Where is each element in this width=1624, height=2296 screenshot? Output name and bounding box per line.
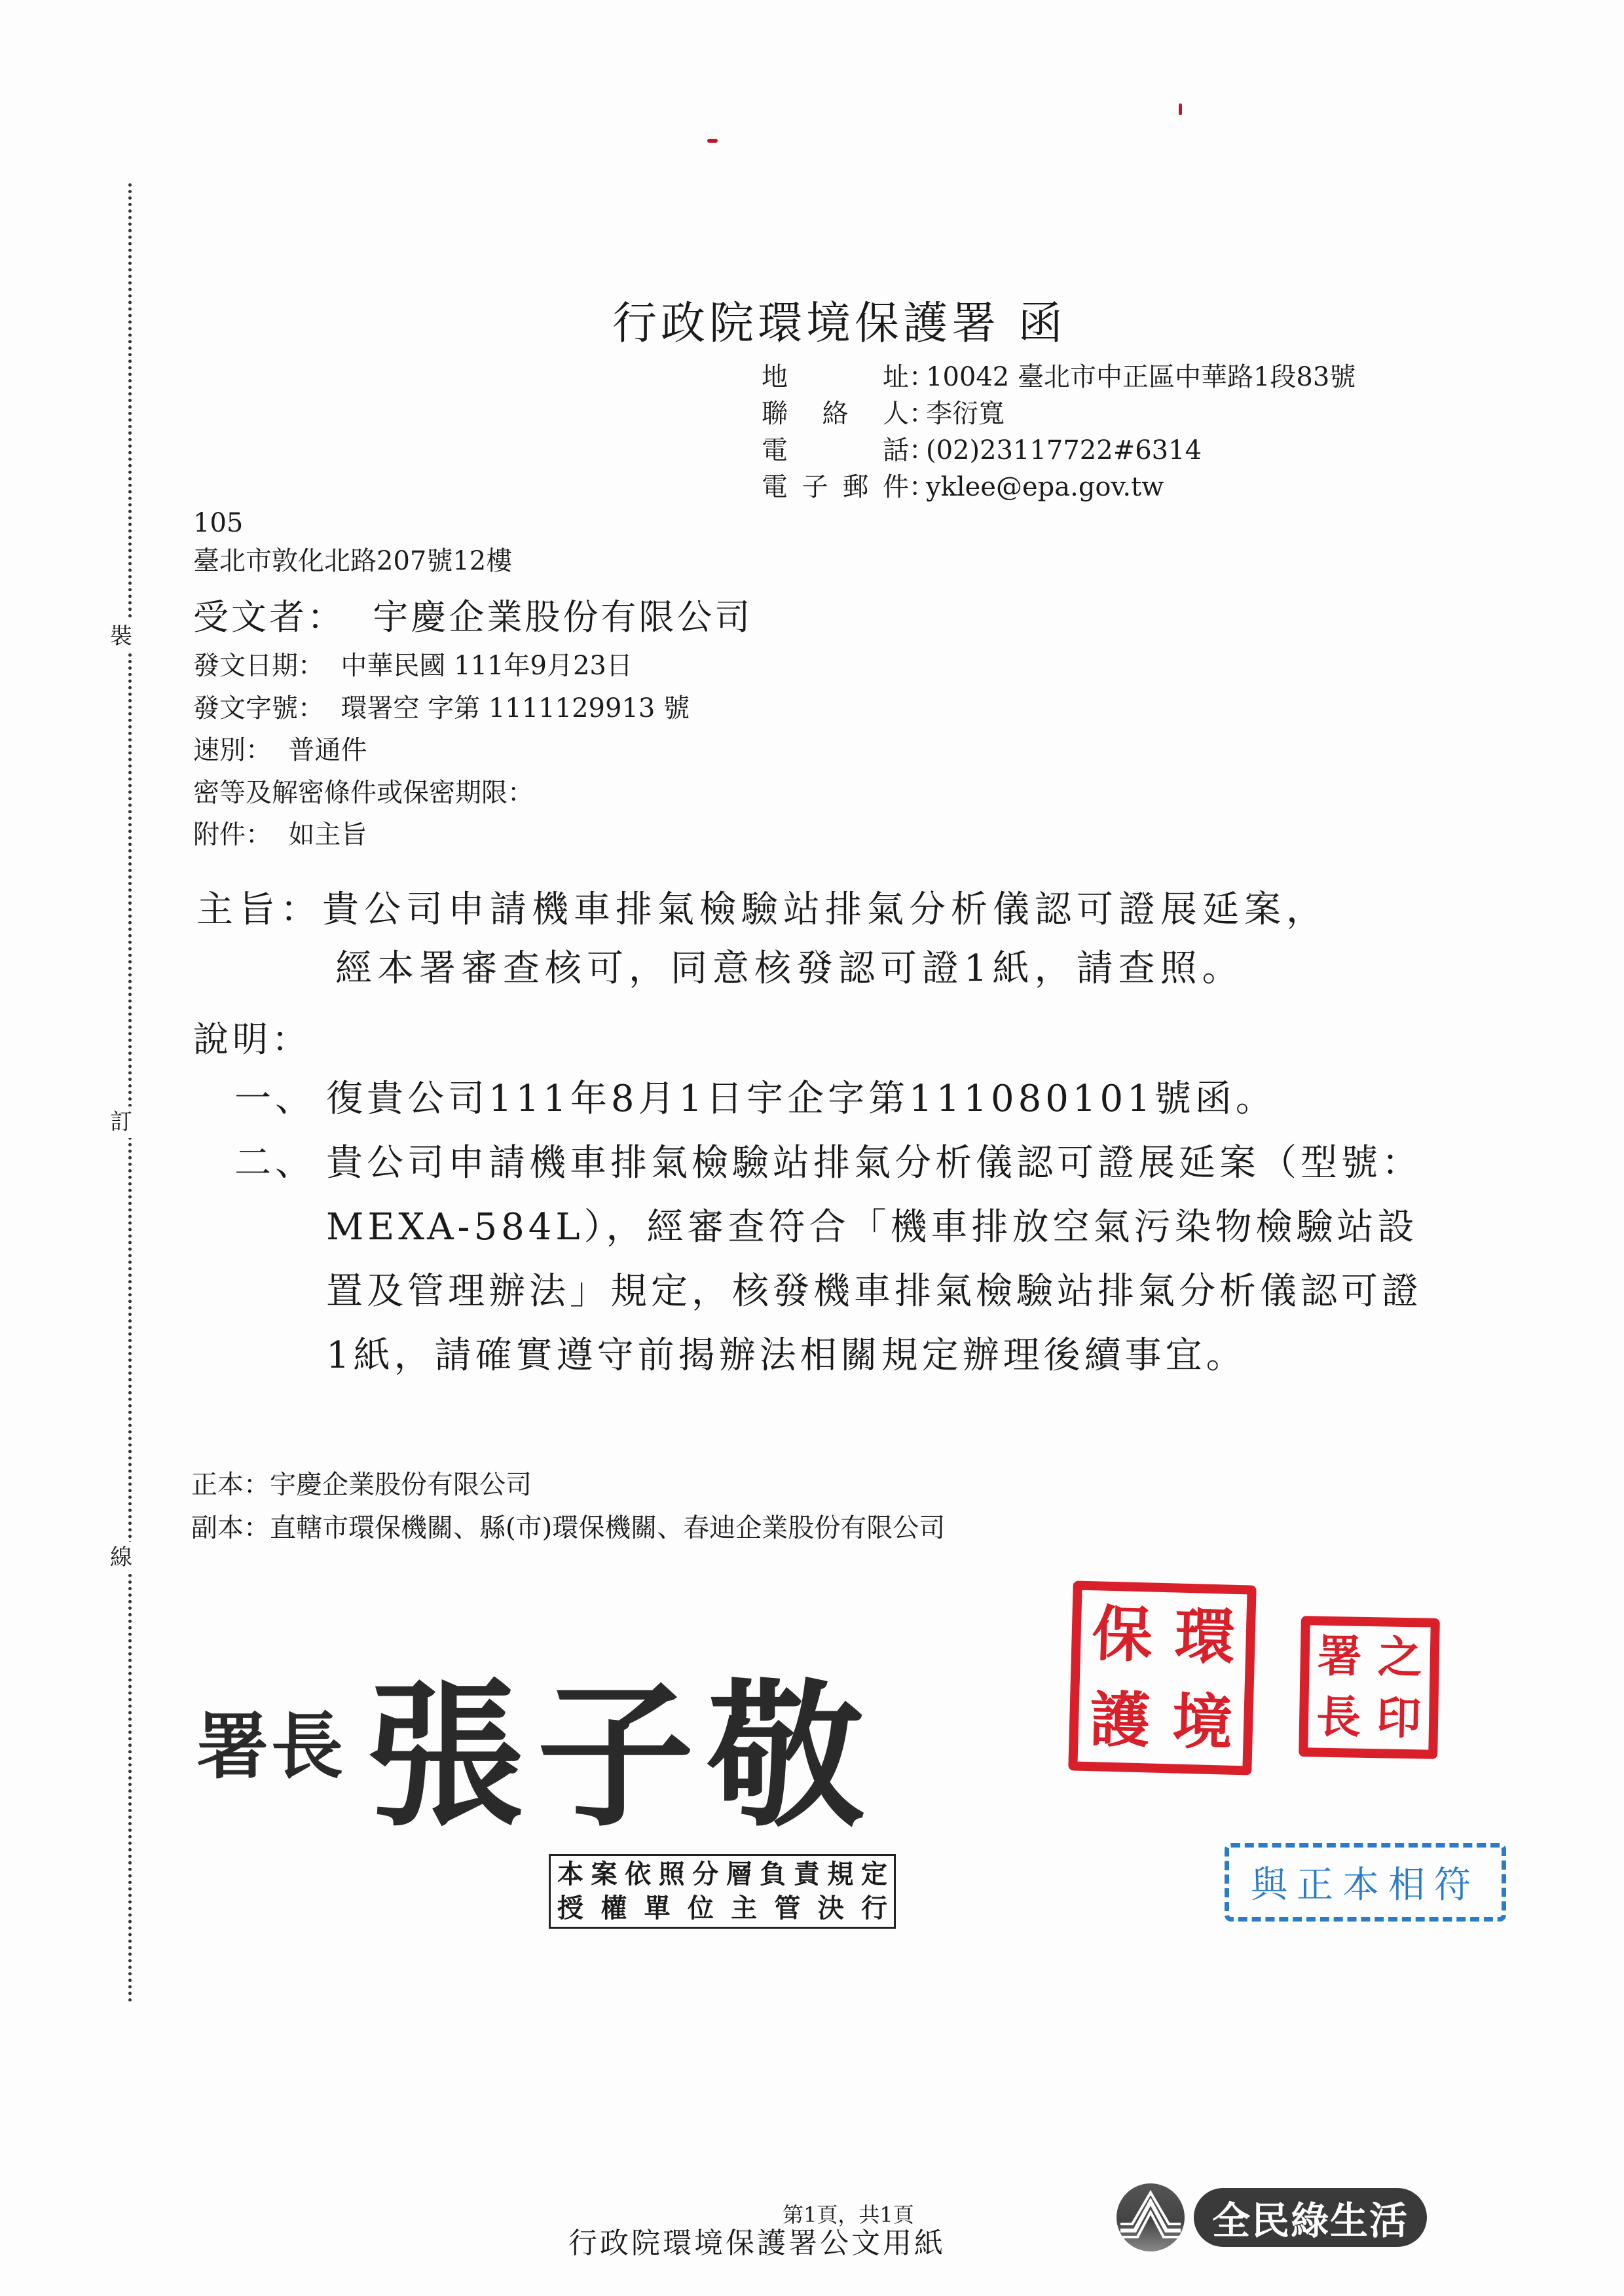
official-paper-label: 行政院環境保護署公文用紙 — [568, 2219, 946, 2261]
char: 單 — [644, 1891, 671, 1925]
official-seal-small: 之 印 署 長 — [1299, 1616, 1440, 1759]
char: 主 — [731, 1891, 757, 1925]
document-title: 行政院環境保護署 函 — [612, 288, 1067, 352]
explanation-items: 一、 復貴公司111年8月1日宇企字第111080101號函。 二、 貴公司申請… — [234, 1067, 1439, 1388]
subject-label: 主旨： — [196, 888, 322, 931]
official-seal-large: 環 境 保 護 — [1068, 1580, 1256, 1775]
char: 本 — [557, 1857, 583, 1891]
char: 層 — [726, 1857, 752, 1891]
signature-name: 張子敬 — [367, 1630, 877, 1856]
char: 行 — [861, 1891, 887, 1925]
item-text: 貴公司申請機車排氣檢驗站排氣分析儀認可證展延案（型號：MEXA-584L），經審… — [326, 1131, 1439, 1388]
urgency: 速別： 普通件 — [193, 729, 690, 772]
seal-char: 環 — [1174, 1605, 1236, 1667]
label-char: 子 — [802, 469, 828, 505]
label-char: 聯 — [762, 395, 788, 432]
document-number: 發文字號： 環署空 字第 1111129913 號 — [193, 687, 690, 730]
recipient-postal-code: 105 — [193, 504, 512, 542]
sender-phone-label: 電 話 — [762, 432, 909, 469]
binding-label-zhuang: 裝 — [110, 621, 132, 652]
delegation-line-1: 本 案 依 照 分 層 負 責 規 定 — [557, 1857, 887, 1891]
signature-title: 署長 — [196, 1689, 346, 1793]
char: 決 — [818, 1891, 844, 1925]
stray-ink-mark — [1179, 103, 1182, 115]
colon: ： — [909, 432, 926, 469]
recipient-address-block: 105 臺北市敦化北路207號12樓 — [193, 504, 512, 580]
colon: ： — [909, 359, 926, 395]
explanation-item-1: 一、 復貴公司111年8月1日宇企字第111080101號函。 — [234, 1067, 1439, 1131]
mountain-logo-icon — [1116, 2183, 1185, 2251]
seal-char: 署 — [1317, 1633, 1362, 1679]
explanation-item-2: 二、 貴公司申請機車排氣檢驗站排氣分析儀認可證展延案（型號：MEXA-584L）… — [234, 1131, 1439, 1388]
label-char: 址 — [883, 359, 909, 395]
colon: ： — [909, 469, 926, 505]
attachment: 附件： 如主旨 — [193, 814, 690, 856]
sender-contact-value: 李衍寬 — [926, 395, 1005, 432]
seal-char: 護 — [1089, 1689, 1151, 1751]
sender-address-value: 10042 臺北市中正區中華路1段83號 — [926, 359, 1356, 395]
sender-phone-row: 電 話 ： (02)23117722#6314 — [762, 432, 1356, 469]
seal-char: 境 — [1172, 1691, 1233, 1753]
sender-contact-label: 聯 絡 人 — [762, 395, 909, 432]
label-char: 電 — [762, 432, 788, 469]
label-char: 件 — [883, 469, 909, 505]
item-number: 二、 — [234, 1131, 326, 1388]
char: 分 — [692, 1857, 718, 1891]
sender-email-label: 電 子 郵 件 — [762, 469, 909, 505]
char: 授 — [557, 1891, 583, 1925]
label-char: 地 — [762, 359, 788, 395]
sender-info: 地 址 ： 10042 臺北市中正區中華路1段83號 聯 絡 人 ： 李衍寬 電… — [762, 359, 1356, 505]
char: 照 — [659, 1857, 685, 1891]
sender-email-value: yklee@epa.gov.tw — [926, 469, 1164, 505]
binding-label-ding: 訂 — [110, 1106, 132, 1138]
char: 責 — [794, 1857, 820, 1891]
binding-dotted-line — [128, 183, 132, 2003]
label-char: 絡 — [822, 395, 849, 432]
recipient-address: 臺北市敦化北路207號12樓 — [193, 542, 512, 580]
explanation-label: 說明： — [193, 1011, 311, 1062]
sender-contact-row: 聯 絡 人 ： 李衍寬 — [762, 395, 1356, 432]
seal-char: 長 — [1316, 1695, 1361, 1740]
seal-char: 印 — [1376, 1696, 1422, 1741]
item-text: 復貴公司111年8月1日宇企字第111080101號函。 — [326, 1067, 1439, 1131]
original-recipient: 正本：宇慶企業股份有限公司 — [191, 1463, 945, 1506]
label-char: 話 — [883, 432, 909, 469]
char: 案 — [591, 1857, 618, 1891]
item-number: 一、 — [234, 1067, 326, 1131]
copy-recipients: 副本：直轄市環保機關、縣(市)環保機關、春迪企業股份有限公司 — [191, 1506, 945, 1550]
char: 規 — [827, 1857, 853, 1891]
char: 管 — [774, 1891, 800, 1925]
subject-text-2: 經本署審查核可，同意核發認可證1紙，請查照。 — [196, 939, 1328, 998]
subject-line-1: 主旨：貴公司申請機車排氣檢驗站排氣分析儀認可證展延案， — [196, 881, 1328, 939]
logo-text: 全民綠生活 — [1194, 2188, 1427, 2247]
confidentiality: 密等及解密條件或保密期限： — [193, 772, 690, 814]
subject-section: 主旨：貴公司申請機車排氣檢驗站排氣分析儀認可證展延案， 經本署審查核可，同意核發… — [196, 881, 1328, 998]
stray-ink-mark — [707, 139, 718, 143]
label-char: 郵 — [842, 469, 868, 505]
document-meta: 發文日期： 中華民國 111年9月23日 發文字號： 環署空 字第 111112… — [193, 645, 690, 856]
sender-address-label: 地 址 — [762, 359, 909, 395]
distribution-list: 正本：宇慶企業股份有限公司 副本：直轄市環保機關、縣(市)環保機關、春迪企業股份… — [191, 1463, 945, 1550]
certified-copy-stamp: 與正本相符 — [1225, 1843, 1506, 1922]
char: 位 — [688, 1891, 714, 1925]
binding-label-xian: 線 — [110, 1542, 132, 1573]
issue-date: 發文日期： 中華民國 111年9月23日 — [193, 645, 690, 687]
char: 權 — [600, 1891, 627, 1925]
char: 負 — [760, 1857, 786, 1891]
colon: ： — [909, 395, 926, 432]
delegation-note-box: 本 案 依 照 分 層 負 責 規 定 授 權 單 位 主 管 決 行 — [549, 1854, 896, 1929]
char: 依 — [625, 1857, 651, 1891]
char: 定 — [861, 1857, 887, 1891]
label-char: 電 — [762, 469, 788, 505]
sender-email-row: 電 子 郵 件 ： yklee@epa.gov.tw — [762, 469, 1356, 505]
green-life-logo: 全民綠生活 — [1116, 2183, 1427, 2251]
label-char: 人 — [883, 395, 909, 432]
recipient-to-line: 受文者： 宇慶企業股份有限公司 — [193, 589, 752, 640]
delegation-line-2: 授 權 單 位 主 管 決 行 — [557, 1891, 887, 1925]
subject-text-1: 貴公司申請機車排氣檢驗站排氣分析儀認可證展延案， — [322, 888, 1328, 931]
seal-char: 保 — [1092, 1603, 1153, 1665]
sender-phone-value: (02)23117722#6314 — [926, 432, 1202, 469]
sender-address-row: 地 址 ： 10042 臺北市中正區中華路1段83號 — [762, 359, 1356, 395]
seal-char: 之 — [1377, 1635, 1422, 1680]
